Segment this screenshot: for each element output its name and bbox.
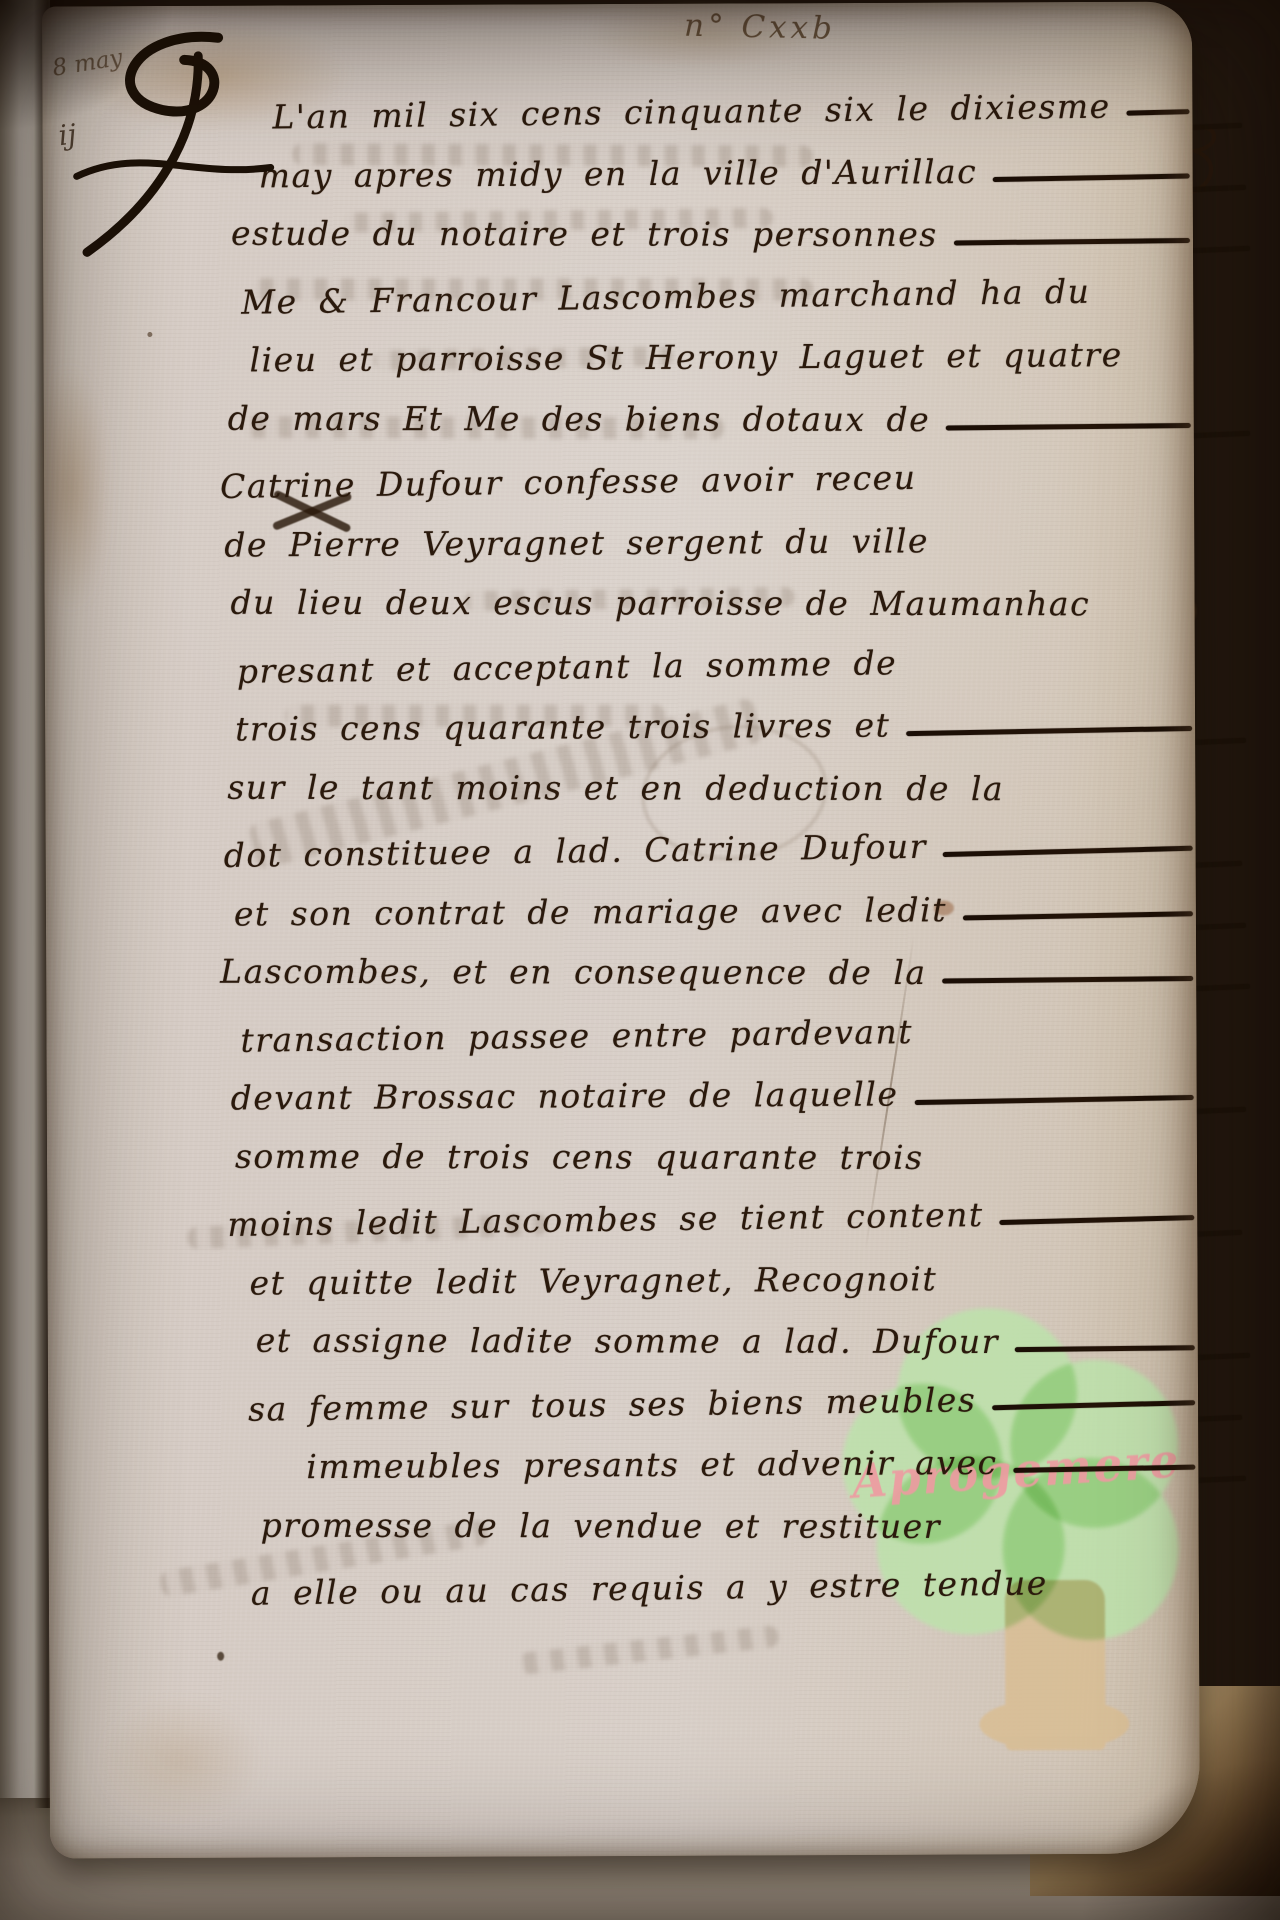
manuscript-line: Lascombes, et en consequence de la	[220, 952, 1193, 993]
manuscript-line: Me & Francour Lascombes marchand ha du	[241, 270, 1190, 321]
manuscript-line: presant et acceptant la somme de	[237, 639, 1192, 690]
manuscript-text-block: L'an mil six cens cinquante six le dixie…	[214, 2, 1197, 1858]
manuscript-line-text: de mars Et Me des biens dotaux de	[228, 398, 930, 438]
line-filler-stroke	[1127, 109, 1190, 116]
manuscript-line: L'an mil six cens cinquante six le dixie…	[272, 86, 1189, 137]
line-filler-stroke	[992, 1400, 1195, 1410]
manuscript-line: promesse de la vendue et restituer	[261, 1505, 1196, 1546]
manuscript-line-text: dot constituee a lad. Catrine Dufour	[223, 827, 927, 875]
manuscript-line: may apres midy en la ville d'Aurillac	[259, 150, 1190, 195]
fore-edge-ink-tick	[1192, 1353, 1250, 1360]
line-filler-stroke	[1015, 1345, 1195, 1352]
manuscript-page: n° Cxxb 8 may ij Aprogemere L'an mil six…	[42, 1, 1200, 1858]
manuscript-line-text: Me & Francour Lascombes marchand ha du	[241, 271, 1091, 321]
manuscript-photograph: n° Cxxb 8 may ij Aprogemere L'an mil six…	[0, 0, 1280, 1920]
manuscript-line-text: may apres midy en la ville d'Aurillac	[259, 151, 978, 194]
manuscript-line: de Pierre Veyragnet sergent du ville	[224, 519, 1191, 564]
manuscript-line-text: devant Brossac notaire de laquelle	[231, 1074, 899, 1117]
manuscript-line: estude du notaire et trois personnes	[231, 214, 1190, 255]
fore-edge-ink-tick	[1188, 922, 1246, 929]
manuscript-line-text: moins ledit Lascombes se tient content	[227, 1195, 984, 1244]
manuscript-line-text: a elle ou au cas requis a y estre tendue	[251, 1563, 1048, 1612]
manuscript-line-text: immeubles presants et advenir avec	[306, 1443, 997, 1486]
opening-flourish-paraph	[70, 25, 281, 266]
manuscript-line: Catrine Dufour confesse avoir receu	[220, 454, 1191, 506]
line-filler-stroke	[943, 846, 1193, 857]
line-filler-stroke	[914, 1095, 1193, 1105]
fore-edge-ink-tick	[1188, 738, 1246, 745]
manuscript-line: sa femme sur tous ses biens meubles	[248, 1377, 1195, 1428]
fore-edge-ink-tick	[1192, 984, 1250, 991]
manuscript-line-text: estude du notaire et trois personnes	[231, 214, 938, 254]
line-filler-stroke	[993, 173, 1190, 182]
manuscript-line: et quitte ledit Veyragnet, Recognoit	[249, 1257, 1194, 1302]
manuscript-line-text: promesse de la vendue et restituer	[261, 1505, 941, 1545]
manuscript-line-text: et son contrat de mariage avec ledit	[234, 890, 947, 933]
manuscript-line-text: sur le tant moins et en deduction de la	[227, 767, 1004, 807]
manuscript-line: immeubles presants et advenir avec	[306, 1442, 1195, 1486]
manuscript-line: du lieu deux escus parroisse de Maumanha…	[231, 583, 1192, 624]
manuscript-line-text: de Pierre Veyragnet sergent du ville	[224, 521, 929, 564]
manuscript-line: lieu et parroisse St Herony Laguet et qu…	[249, 335, 1190, 380]
manuscript-line: transaction passee entre pardevant	[240, 1008, 1193, 1059]
fore-edge-ink-tick	[1192, 246, 1250, 253]
manuscript-line: devant Brossac notaire de laquelle	[231, 1073, 1194, 1118]
manuscript-line-text: transaction passee entre pardevant	[240, 1012, 913, 1060]
manuscript-line: trois cens quarante trois livres et	[235, 704, 1192, 749]
manuscript-line: moins ledit Lascombes se tient content	[227, 1192, 1194, 1244]
manuscript-line-text: somme de trois cens quarante trois	[235, 1136, 924, 1176]
manuscript-line-text: sa femme sur tous ses biens meubles	[248, 1380, 977, 1429]
manuscript-line-text: L'an mil six cens cinquante six le dixie…	[272, 87, 1111, 137]
line-filler-stroke	[963, 911, 1193, 920]
manuscript-line-text: trois cens quarante trois livres et	[235, 706, 890, 749]
line-filler-stroke	[943, 976, 1194, 984]
manuscript-line: a elle ou au cas requis a y estre tendue	[251, 1561, 1196, 1612]
manuscript-line: de mars Et Me des biens dotaux de	[228, 398, 1191, 439]
line-filler-stroke	[1014, 1465, 1196, 1473]
line-filler-stroke	[1000, 1215, 1195, 1225]
manuscript-line-text: Catrine Dufour confesse avoir receu	[220, 458, 917, 506]
manuscript-line-text: lieu et parroisse St Herony Laguet et qu…	[249, 335, 1122, 379]
line-filler-stroke	[954, 238, 1190, 245]
line-filler-stroke	[906, 726, 1192, 736]
manuscript-line: somme de trois cens quarante trois	[235, 1136, 1194, 1177]
manuscript-line-text: et quitte ledit Veyragnet, Recognoit	[249, 1259, 937, 1302]
manuscript-line: dot constituee a lad. Catrine Dufour	[223, 823, 1192, 875]
fore-edge-ink-tick	[1192, 430, 1250, 437]
manuscript-line: sur le tant moins et en deduction de la	[227, 767, 1192, 808]
manuscript-line-text: du lieu deux escus parroisse de Maumanha…	[231, 583, 1091, 624]
manuscript-line-text: et assigne ladite somme a lad. Dufour	[256, 1321, 999, 1361]
line-filler-stroke	[946, 422, 1191, 430]
manuscript-line-text: Lascombes, et en consequence de la	[220, 952, 926, 992]
ink-speck	[147, 332, 152, 337]
manuscript-line: et son contrat de mariage avec ledit	[234, 888, 1193, 933]
manuscript-line-text: presant et acceptant la somme de	[237, 643, 898, 691]
manuscript-line: et assigne ladite somme a lad. Dufour	[256, 1321, 1195, 1362]
